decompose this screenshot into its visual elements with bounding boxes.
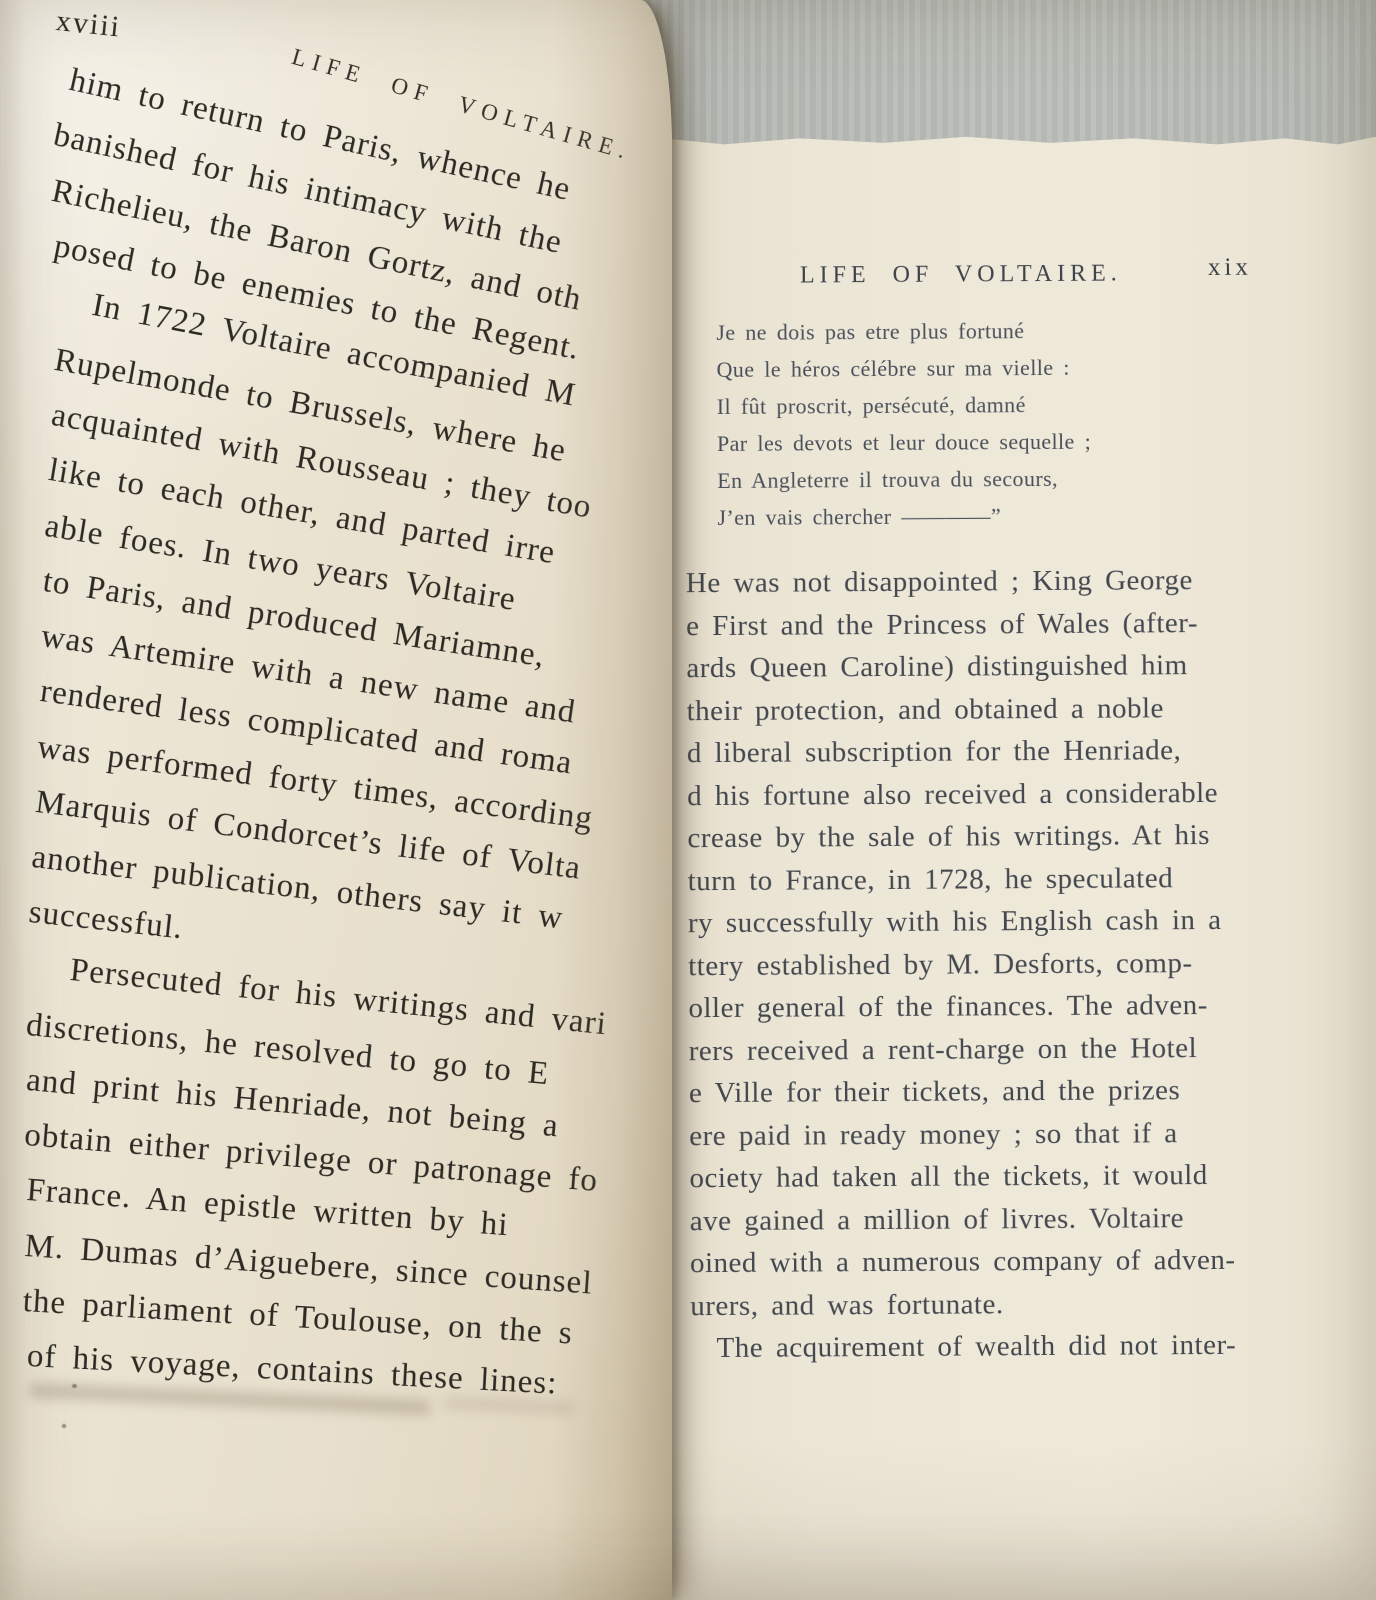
text-line: ave gained a million of livres. Voltaire [690, 1196, 1236, 1242]
text-line: their protection, and obtained a noble [687, 686, 1233, 732]
text-line: ociety had taken all the tickets, it wou… [689, 1154, 1235, 1200]
text-line: d his fortune also received a considerab… [687, 771, 1233, 817]
verse-line: En Angleterre il trouva du secours, [717, 460, 1091, 499]
text-line: The acquirement of wealth did not inter- [690, 1324, 1236, 1370]
right-running-header: LIFE OF VOLTAIRE. [800, 261, 1122, 290]
french-verse-block: Je ne dois pas etre plus fortuné Que le … [716, 312, 1091, 536]
text-line: e Ville for their tickets, and the prize… [689, 1069, 1235, 1115]
text-line: ry successfully with his English cash in… [688, 899, 1234, 945]
text-line: ards Queen Caroline) distinguished him [686, 644, 1232, 690]
tissue-guard-sheet [618, 0, 1376, 152]
book-photo: LIFE OF VOLTAIRE. xix Je ne dois pas etr… [0, 0, 1376, 1600]
text-line: successful. [27, 894, 185, 948]
verse-line: J’en vais chercher ————” [717, 497, 1091, 536]
text-line: e First and the Princess of Wales (after… [686, 601, 1232, 647]
text-line: crease by the sale of his writings. At h… [687, 814, 1233, 860]
verse-line: Je ne dois pas etre plus fortuné [716, 312, 1090, 351]
verse-line: Par les devots et leur douce sequelle ; [717, 423, 1091, 462]
text-line: rers received a rent-charge on the Hotel [689, 1026, 1235, 1072]
left-page: xviii LIFE OF VOLTAIRE. him to return to… [0, 0, 672, 1600]
text-line: ttery established by M. Desforts, comp- [688, 941, 1234, 987]
verse-line: Il fût proscrit, persécuté, damné [717, 386, 1091, 425]
page-curl-shadow [552, 0, 672, 1600]
text-line: urers, and was fortunate. [690, 1281, 1236, 1327]
paper-speck [72, 1384, 77, 1388]
right-page-content: LIFE OF VOLTAIRE. xix Je ne dois pas etr… [594, 0, 1376, 1600]
text-line: He was not disappointed ; King George [686, 559, 1232, 605]
text-line: d liberal subscription for the Henriade, [687, 729, 1233, 775]
text-line: ere paid in ready money ; so that if a [689, 1111, 1235, 1157]
right-page: LIFE OF VOLTAIRE. xix Je ne dois pas etr… [596, 0, 1376, 1600]
text-line: oined with a numerous company of adven- [690, 1239, 1236, 1285]
right-page-number: xix [1208, 254, 1252, 282]
paper-speck [62, 1424, 66, 1428]
left-page-number: xviii [54, 4, 122, 45]
text-line: turn to France, in 1728, he speculated [688, 856, 1234, 902]
page-shading [596, 1440, 1376, 1600]
verse-line: Que le héros célébre sur ma vielle : [716, 349, 1090, 388]
page-shading [0, 0, 26, 1600]
text-line: oller general of the finances. The adven… [688, 984, 1234, 1030]
right-body-text: He was not disappointed ; King George e … [686, 559, 1237, 1370]
